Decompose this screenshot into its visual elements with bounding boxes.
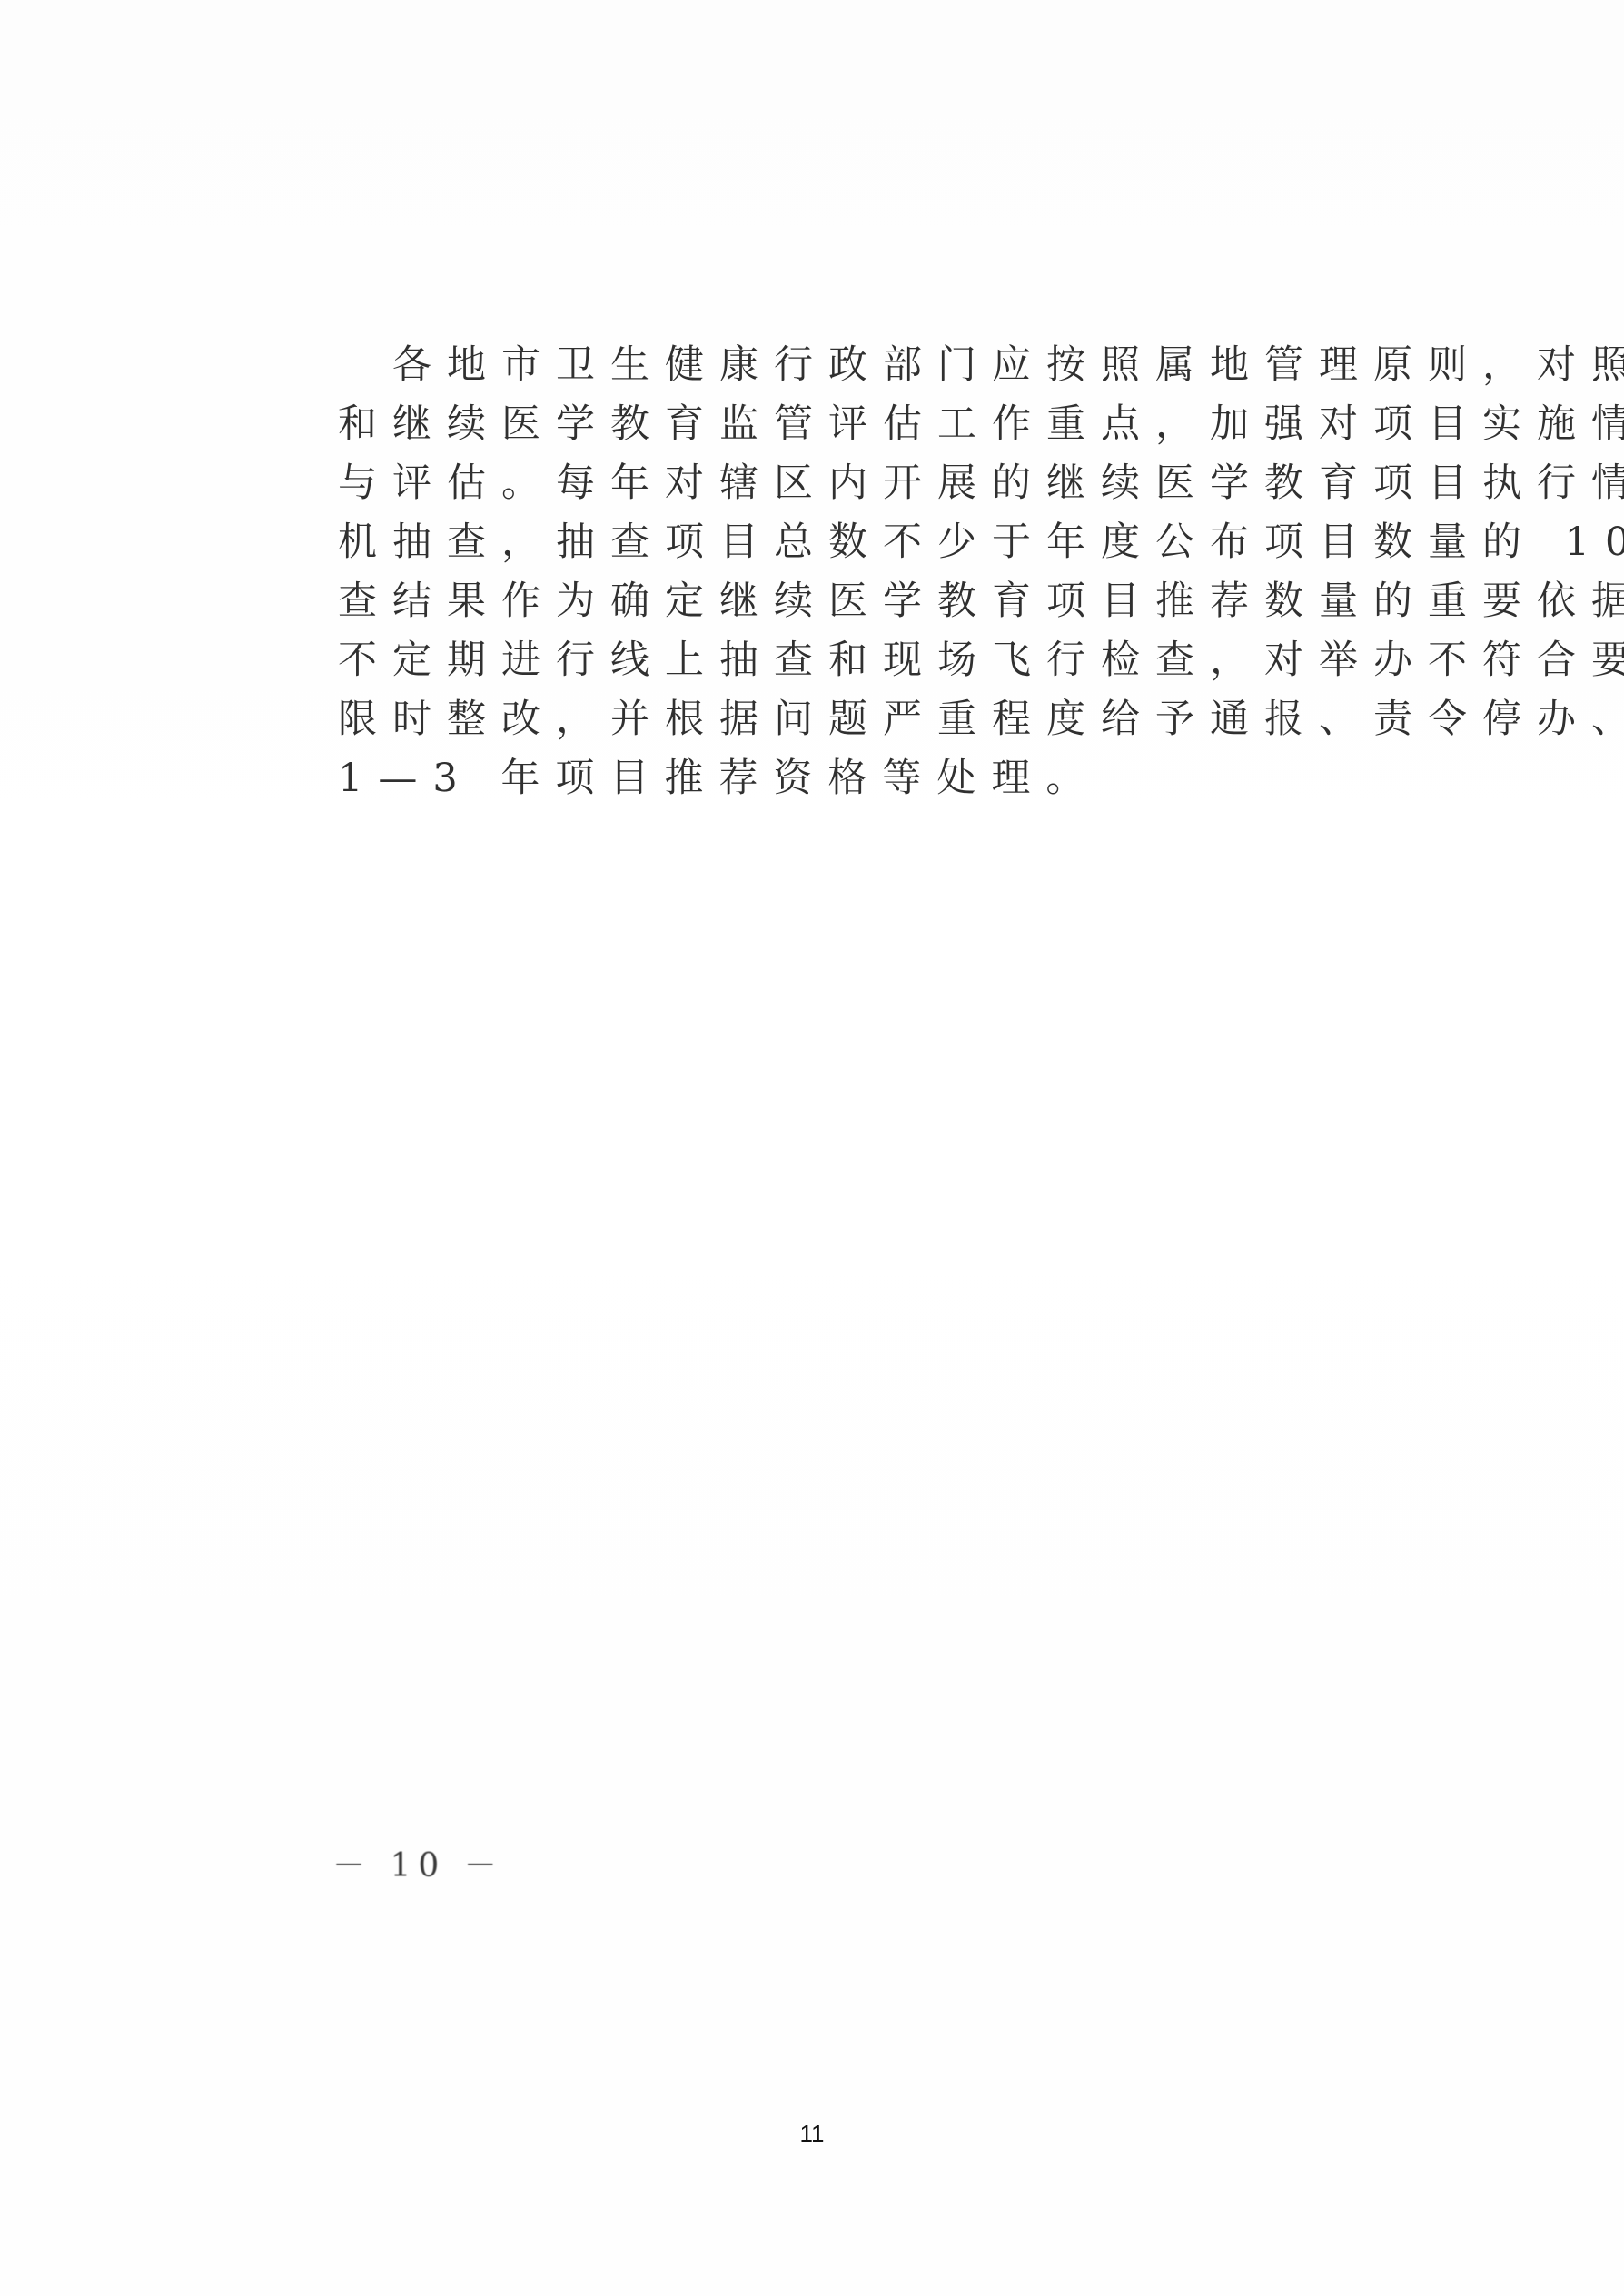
paragraph-line: 查结果作为确定继续医学教育项目推荐数量的重要依据。我委将	[338, 574, 1341, 633]
paragraph-line: 与评估。每年对辖区内开展的继续医学教育项目执行情况进行随	[338, 456, 1341, 515]
scanned-page-number: － 10 －	[332, 1840, 504, 1886]
document-page: 各地市卫生健康行政部门应按照属地管理原则，对照本要求 和继续医学教育监管评估工作…	[0, 0, 1624, 2296]
paragraph-line: 不定期进行线上抽查和现场飞行检查，对举办不符合要求的单位	[338, 633, 1341, 692]
paragraph-line: 1—3 年项目推荐资格等处理。	[338, 751, 1341, 810]
paragraph-line: 限时整改，并根据问题严重程度给予通报、责令停办、取消	[338, 692, 1341, 751]
paragraph-line: 机抽查，抽查项目总数不少于年度公布项目数量的 10%，并将检	[338, 515, 1341, 574]
body-paragraph: 各地市卫生健康行政部门应按照属地管理原则，对照本要求 和继续医学教育监管评估工作…	[338, 338, 1341, 810]
paragraph-line: 和继续医学教育监管评估工作重点，加强对项目实施情况的监管	[338, 397, 1341, 456]
footer-page-number: 11	[0, 2120, 1624, 2148]
paragraph-line: 各地市卫生健康行政部门应按照属地管理原则，对照本要求	[338, 338, 1341, 397]
